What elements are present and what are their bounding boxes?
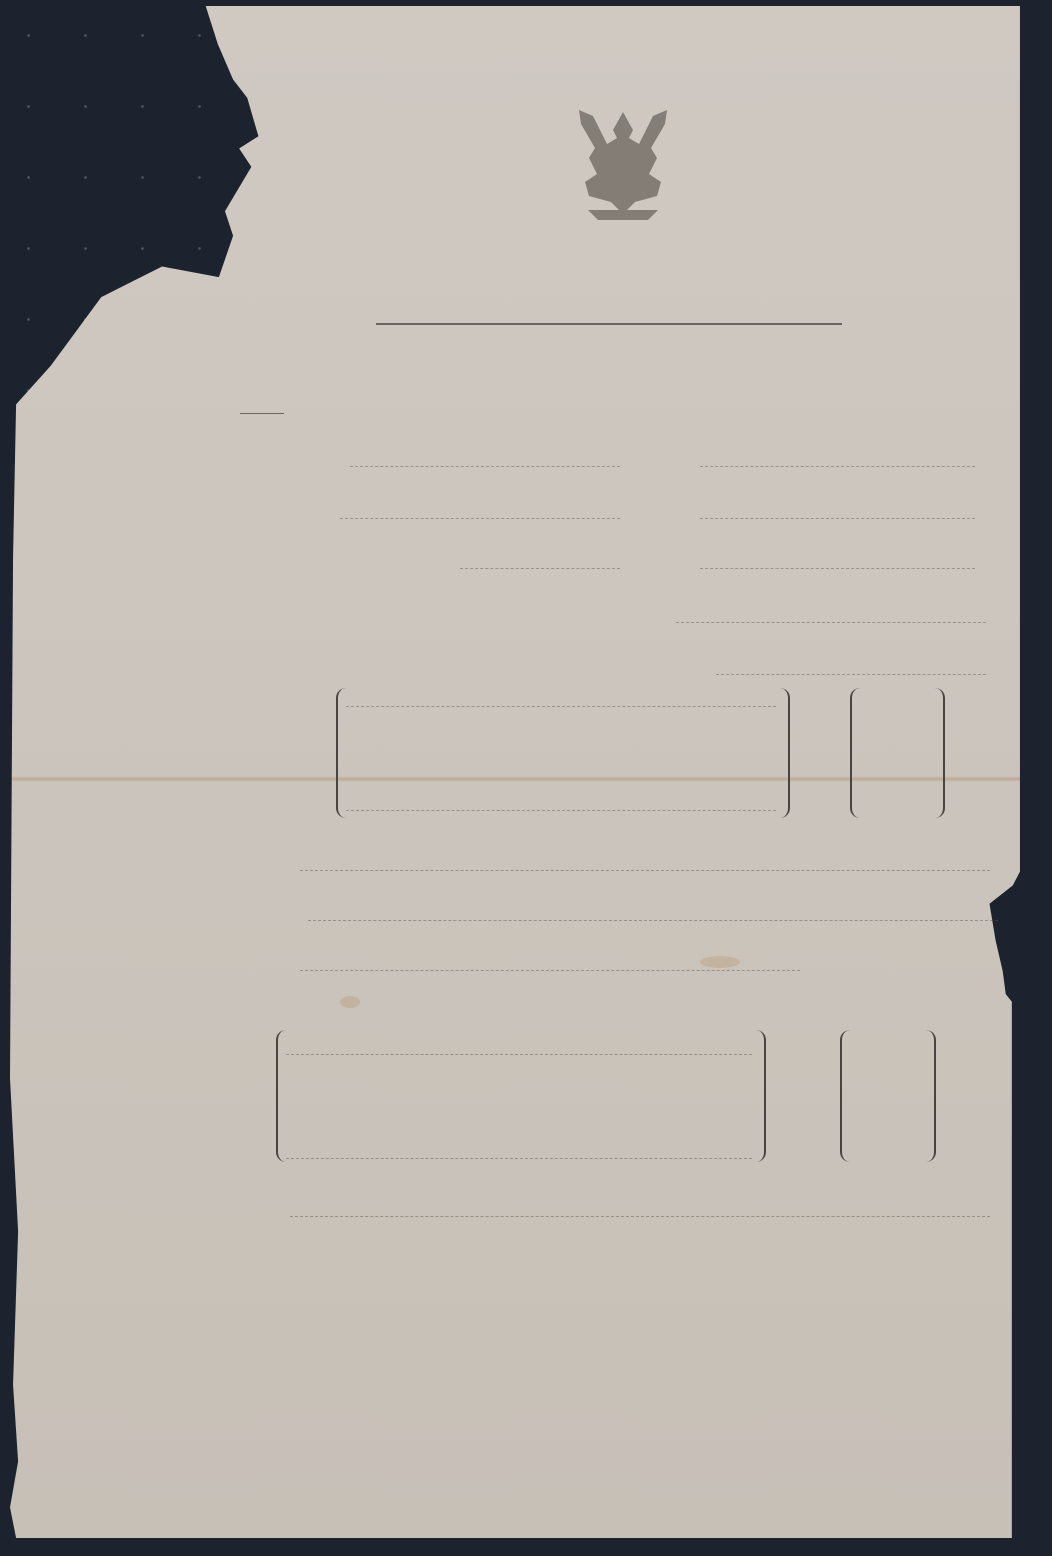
fill-line <box>676 622 986 623</box>
fill-line <box>700 568 975 569</box>
fill-line <box>290 1216 990 1217</box>
fill-line <box>308 920 998 921</box>
fill-line <box>340 518 620 519</box>
fill-line <box>350 466 620 467</box>
garuda-emblem-icon <box>548 102 698 230</box>
fill-line <box>286 1054 752 1055</box>
bracket <box>935 688 945 818</box>
fill-line <box>716 674 986 675</box>
stain <box>700 956 740 968</box>
bracket <box>336 688 346 818</box>
bracket <box>756 1030 766 1162</box>
bracket <box>926 1030 936 1162</box>
bracket <box>840 1030 850 1162</box>
fold-crease <box>10 776 1024 782</box>
bracket <box>780 688 790 818</box>
stain <box>340 996 360 1008</box>
fill-line <box>346 810 776 811</box>
stain <box>160 12 180 26</box>
fill-line <box>286 1158 752 1159</box>
bracket <box>276 1030 286 1162</box>
bracket <box>850 688 860 818</box>
fill-line <box>300 870 990 871</box>
fill-line <box>346 706 776 707</box>
fill-line <box>300 970 800 971</box>
section-underline <box>240 413 284 414</box>
fill-line <box>460 568 620 569</box>
title-underline <box>376 323 842 325</box>
document-paper <box>10 6 1024 1538</box>
fill-line <box>700 466 975 467</box>
fill-line <box>700 518 975 519</box>
